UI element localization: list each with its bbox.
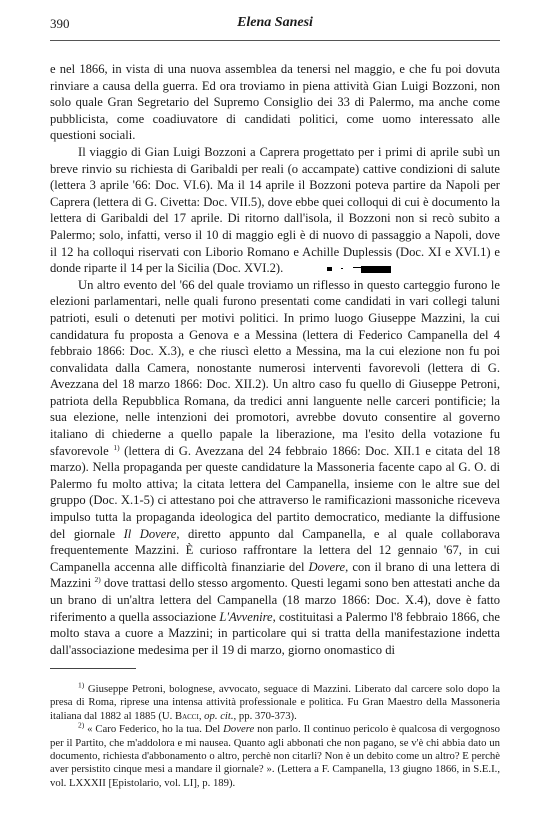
paragraph-1: e nel 1866, in vista di una nuova assemb… [50, 61, 500, 144]
scan-artifact [327, 266, 393, 274]
footnote-1: 1) Giuseppe Petroni, bolognese, avvocato… [50, 683, 500, 723]
footnotes: 1) Giuseppe Petroni, bolognese, avvocato… [50, 683, 500, 790]
footnote-2: 2) « Caro Federico, ho la tua. Del Dover… [50, 723, 500, 790]
document-page: 390 Elena Sanesi e nel 1866, in vista di… [50, 0, 500, 40]
body-text: e nel 1866, in vista di una nuova assemb… [50, 61, 500, 658]
footnote-separator [50, 668, 136, 669]
association-name: L'Avvenire [219, 610, 272, 624]
cited-author: Bacci [175, 710, 199, 722]
journal-title: Il Dovere [124, 527, 177, 541]
running-title: Elena Sanesi [50, 15, 500, 31]
header-rule [50, 40, 500, 41]
paragraph-2: Il viaggio di Gian Luigi Bozzoni a Capre… [50, 144, 500, 277]
paragraph-3: Un altro evento del '66 del quale trovia… [50, 277, 500, 659]
journal-title: Dovere [309, 560, 346, 574]
page-header: 390 Elena Sanesi [50, 0, 500, 40]
